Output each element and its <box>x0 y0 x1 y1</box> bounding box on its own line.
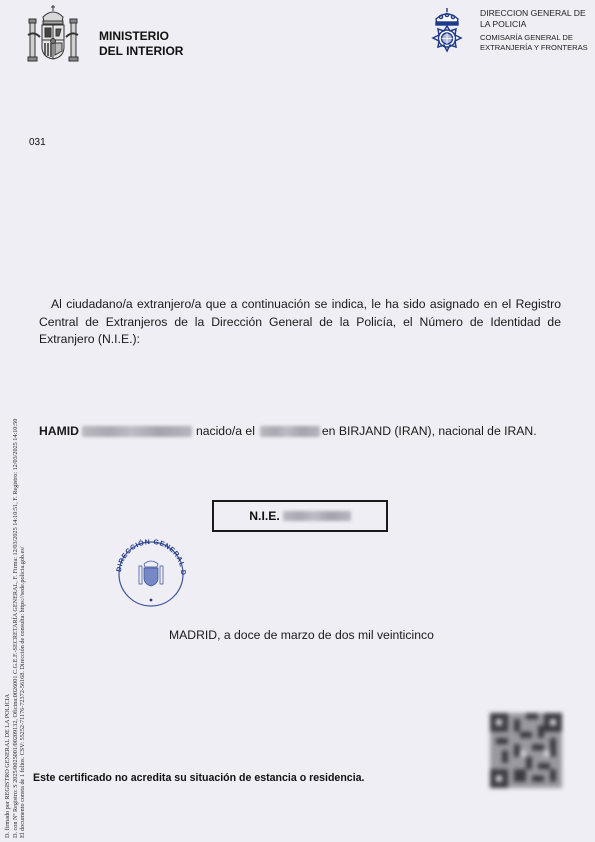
ministry-title-line2: DEL INTERIOR <box>99 44 183 59</box>
police-directorate-line1: DIRECCION GENERAL DE <box>480 8 586 19</box>
immigration-commissariat-line1: COMISARÍA GENERAL DE <box>480 33 588 43</box>
ministry-title: MINISTERIO DEL INTERIOR <box>99 29 183 59</box>
person-given-name: HAMID <box>39 424 79 438</box>
redacted-surname <box>82 426 192 437</box>
redacted-nie-number <box>283 511 351 521</box>
ministry-title-line1: MINISTERIO <box>99 29 183 44</box>
person-details-line: HAMID nacido/a el en BIRJAND (IRAN), nac… <box>39 424 595 438</box>
intro-paragraph: Al ciudadano/a extranjero/a que a contin… <box>39 296 561 349</box>
immigration-commissariat-line2: EXTRANJERÍA Y FRONTERAS <box>480 43 588 53</box>
electronic-signature-margin: D. firmado por REGISTRO GENERAL DE LA PO… <box>4 0 34 838</box>
qr-code-icon <box>490 713 562 788</box>
nie-label: N.I.E. <box>249 509 279 523</box>
policia-nacional-badge-icon <box>428 7 466 57</box>
redacted-birth-date <box>260 426 320 437</box>
birthplace-nationality: en BIRJAND (IRAN), nacional de IRAN. <box>322 424 537 438</box>
police-seal-icon: DIRECCIÓN GENERAL DE LA POLICÍA <box>110 536 192 608</box>
spanish-coat-of-arms-icon <box>26 3 80 63</box>
police-directorate-line2: LA POLICIA <box>480 19 586 30</box>
signature-line-3: El documento consta de 1 folios. CSV: 55… <box>19 0 27 838</box>
born-label: nacido/a el <box>196 424 255 438</box>
place-and-date: MADRID, a doce de marzo de dos mil veint… <box>169 628 434 642</box>
official-stamp: DIRECCIÓN GENERAL DE LA POLICÍA <box>110 536 192 608</box>
disclaimer-note: Este certificado no acredita su situació… <box>33 772 364 784</box>
nie-box: N.I.E. <box>212 500 388 532</box>
signature-line-1: D. firmado por REGISTRO GENERAL DE LA PO… <box>4 0 12 838</box>
police-directorate-title: DIRECCION GENERAL DE LA POLICIA <box>480 8 586 30</box>
immigration-commissariat-title: COMISARÍA GENERAL DE EXTRANJERÍA Y FRONT… <box>480 33 588 53</box>
signature-line-2: D. con Nº Registro: S 2025/0025001/00209… <box>12 0 20 838</box>
